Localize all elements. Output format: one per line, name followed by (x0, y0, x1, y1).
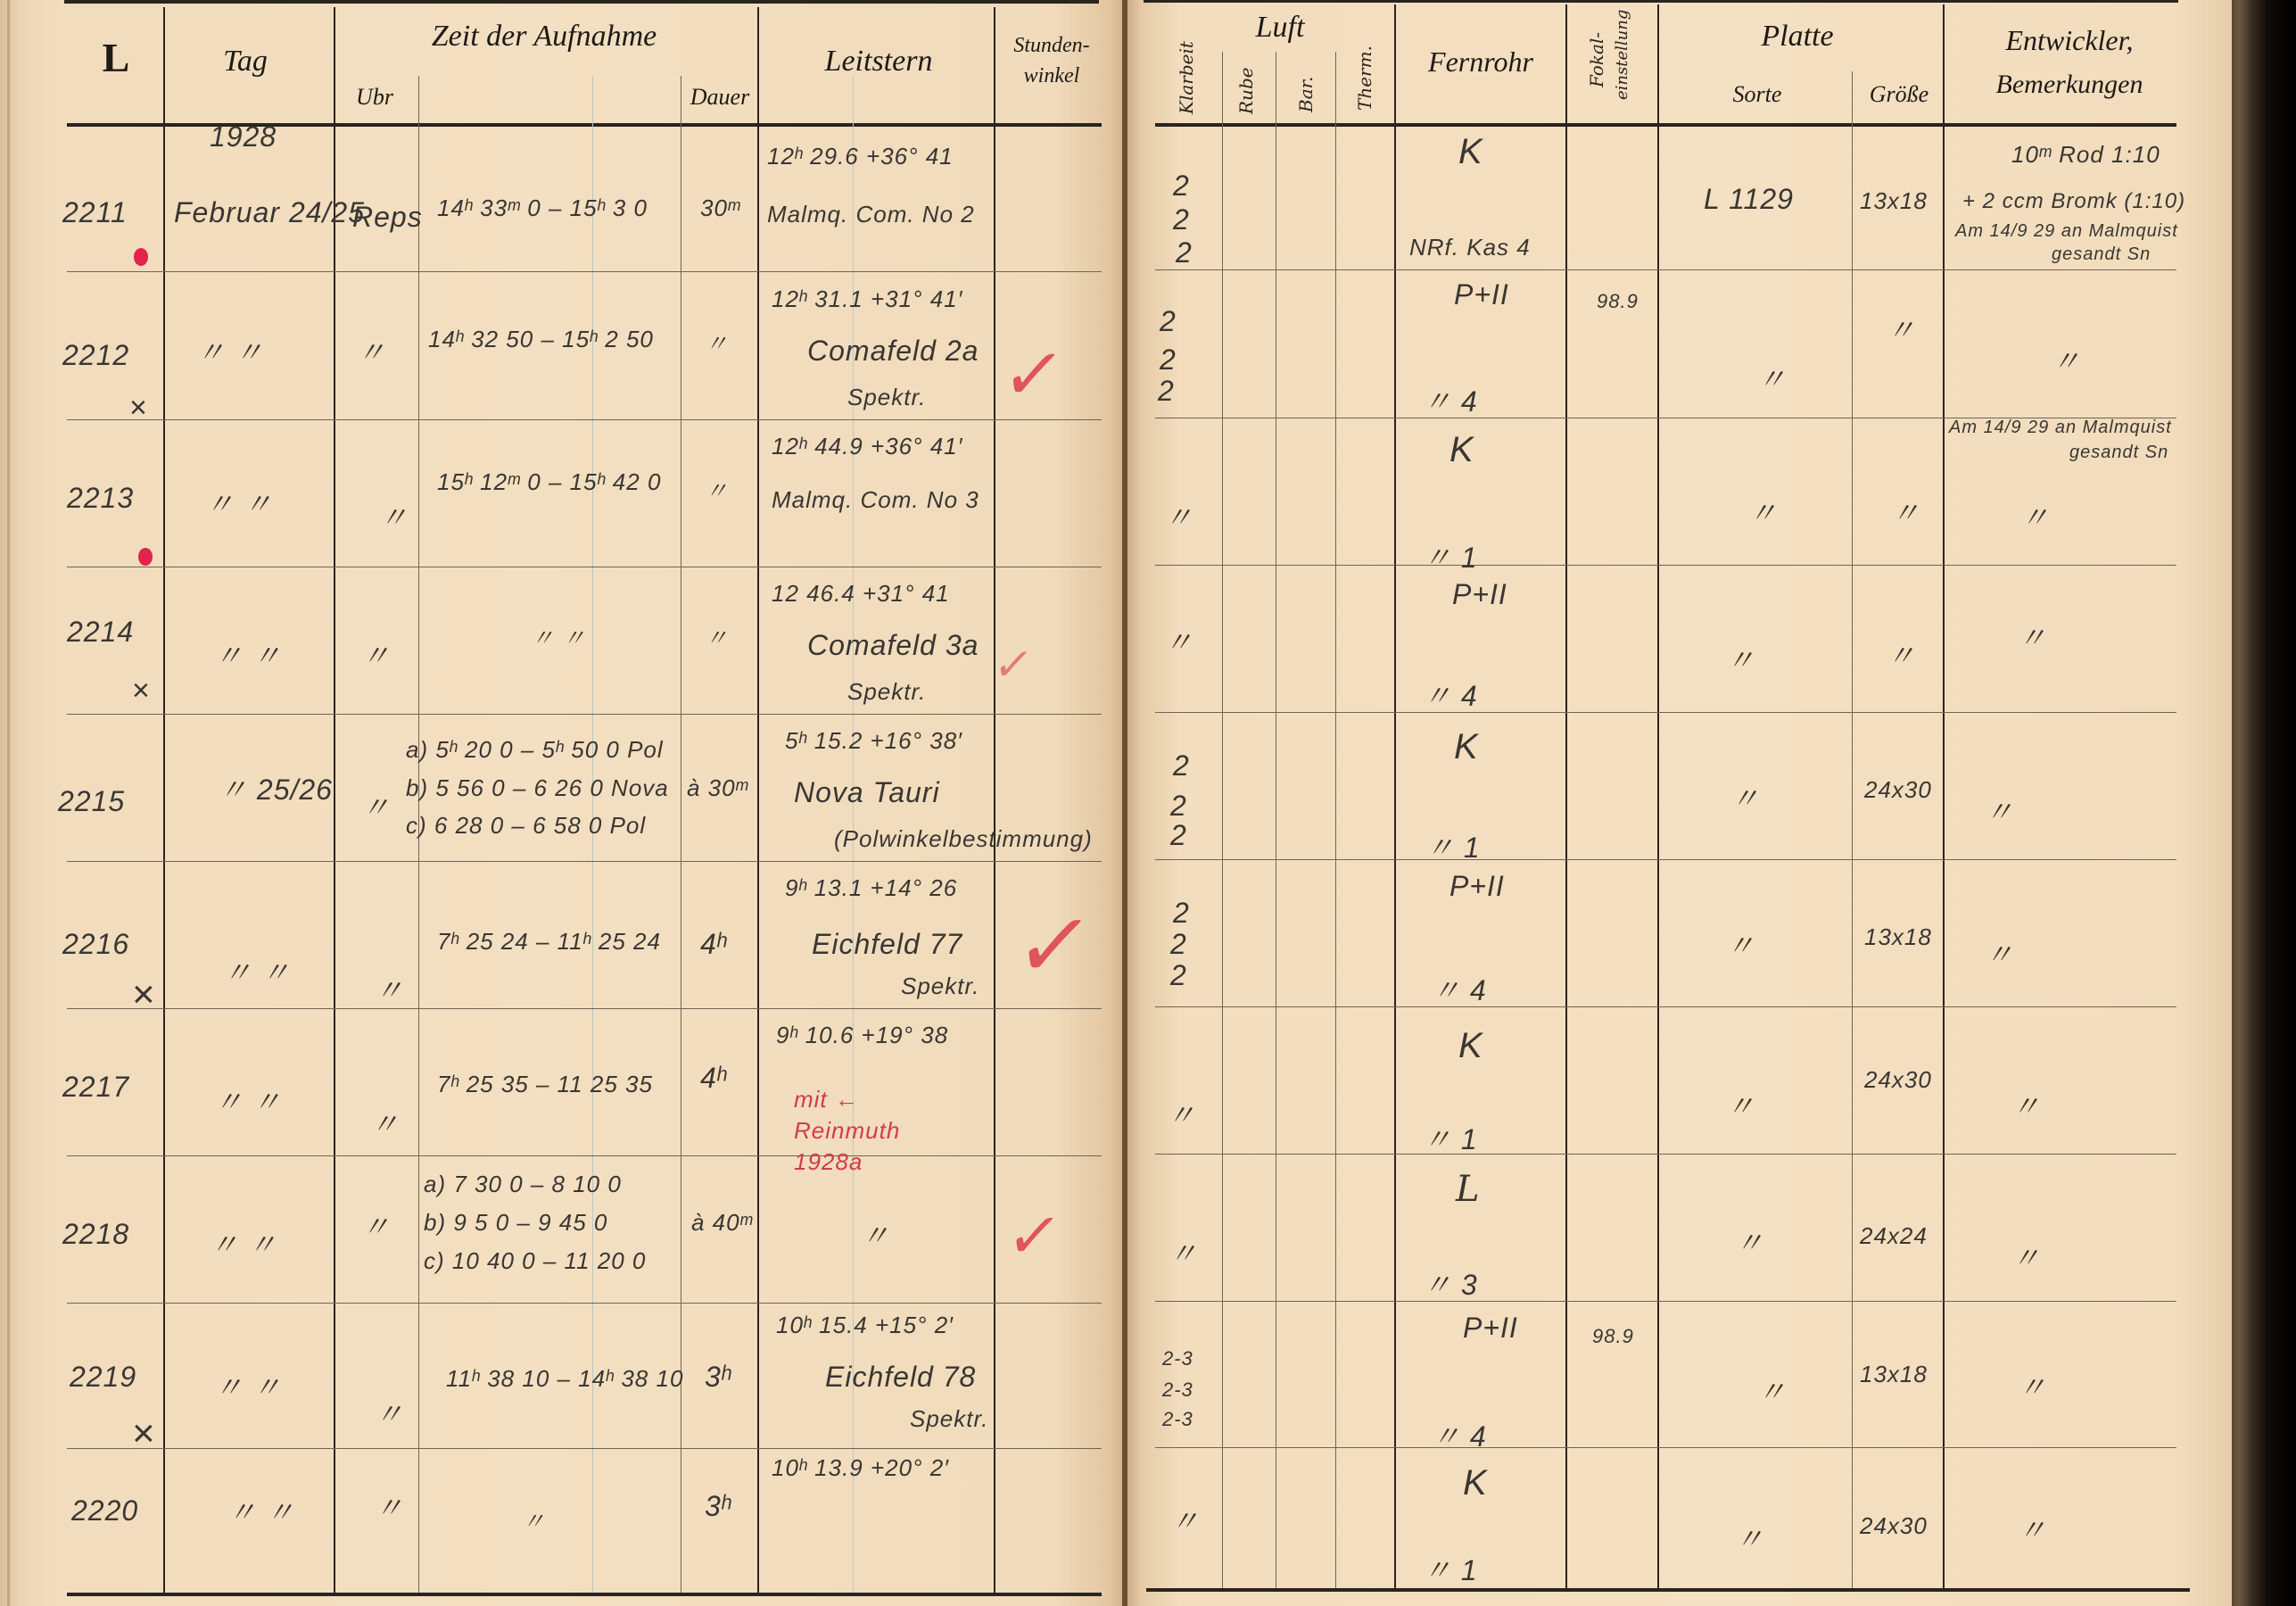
remark-line: Am 14/9 29 an Malmquist (1955, 221, 2178, 242)
header-dauer: Dauer (682, 85, 757, 111)
entry-date: 〃 〃 (223, 950, 291, 991)
x-mark: × (132, 1411, 155, 1456)
remark-line: 〃 (2018, 1365, 2047, 1406)
entry-ubr: 〃 (361, 1204, 391, 1246)
klarbeit-value: 2 (1170, 928, 1187, 961)
fernrohr-type: K (1463, 1463, 1488, 1503)
x-mark: × (132, 674, 150, 708)
klarbeit-value: 2 (1160, 344, 1177, 377)
header-fokal-1: Fokal- (1586, 32, 1607, 87)
klarbeit-value: 2 (1173, 170, 1190, 203)
entry-dauer: 4ʰ (700, 1062, 727, 1095)
entry-date: 〃 〃 (214, 1080, 282, 1121)
col-divider (334, 7, 335, 1594)
klarbeit-value: 〃 (1170, 1499, 1200, 1540)
fernrohr-type: K (1454, 727, 1479, 767)
entry-ubr: 〃 (361, 785, 391, 826)
leitstern-name: Nova Tauri (794, 776, 940, 809)
klarbeit-value: 〃 (1169, 1231, 1198, 1272)
remark-line: 〃 (2052, 339, 2081, 380)
header-stundenwinkel-1: Stunden- (995, 34, 1108, 57)
leitstern-extra: (Polwinkelbestimmung) (834, 825, 1093, 853)
row-separator (67, 1303, 1102, 1304)
row-separator (67, 861, 1102, 862)
row-separator (1155, 1006, 2176, 1007)
leitstern-coord: 5ʰ 15.2 +16° 38′ (785, 727, 962, 755)
fokal-value: 98.9 (1597, 290, 1639, 313)
header-stundenwinkel-2: winkel (995, 64, 1108, 87)
plate-sorte: 〃 (1726, 1084, 1755, 1125)
plate-size: 24x30 (1864, 776, 1932, 804)
book-spine (1122, 0, 1127, 1606)
fernrohr-detail: 〃 4 (1432, 1414, 1487, 1455)
entry-date: 〃 〃 (210, 1222, 277, 1263)
fernrohr-type: P+II (1452, 578, 1507, 611)
entry-dauer: 30ᵐ (700, 195, 740, 222)
entry-zeit: 7ʰ 25 24 – 11ʰ 25 24 (437, 928, 661, 956)
klarbeit-value: 2 (1158, 375, 1175, 408)
entry-number: 2213 (67, 482, 134, 515)
plate-sorte: L 1129 (1704, 183, 1794, 216)
klarbeit-value: 2-3 (1162, 1378, 1193, 1402)
entry-date: 〃 〃 (214, 633, 282, 675)
x-mark: × (132, 973, 155, 1017)
top-rule-left (64, 0, 1099, 4)
row-separator (1155, 1154, 2176, 1155)
plate-sorte: 〃 (1757, 357, 1787, 398)
fernrohr-detail: 〃 4 (1423, 379, 1478, 420)
entry-zeit: 14ʰ 32 50 – 15ʰ 2 50 (428, 326, 654, 353)
plate-sorte: 〃 (1730, 776, 1760, 817)
bottom-rule-left (67, 1593, 1102, 1596)
entry-zeit-b: b) 5 56 0 – 6 26 0 Nova (406, 774, 669, 802)
fernrohr-detail: 〃 1 (1423, 1548, 1478, 1589)
header-therm: Therm. (1354, 46, 1375, 111)
leitstern-name-red-note: mit ← Reinmuth 1928a (794, 1084, 972, 1178)
entry-date: 〃 25/26 (219, 767, 333, 808)
x-mark: × (129, 391, 147, 426)
entry-ubr: Reps (352, 201, 423, 234)
entry-date: Februar 24/25 (174, 196, 365, 229)
remark-line: + 2 ccm Bromk (1:10) (1962, 189, 2185, 214)
red-dot-marker (134, 248, 148, 266)
year-note: 1928 (210, 120, 277, 153)
row-separator (1155, 1301, 2176, 1302)
remark-line: 〃 (1985, 790, 2014, 831)
col-divider (757, 7, 759, 1594)
entry-ubr: 〃 (357, 330, 386, 371)
entry-dauer: 〃 (705, 473, 729, 506)
leitstern-extra: Spektr. (847, 384, 926, 411)
fernrohr-detail: 〃 4 (1423, 674, 1478, 715)
leitstern-coord: 10ʰ 13.9 +20° 2′ (772, 1454, 949, 1482)
fernrohr-detail: 〃 3 (1423, 1262, 1478, 1304)
remark-line: 〃 (2020, 495, 2050, 536)
entry-zeit: 〃 〃 (531, 620, 586, 653)
entry-dauer: à 40ᵐ (691, 1209, 753, 1237)
remark-line: 〃 (2011, 1236, 2041, 1277)
row-separator (1155, 712, 2176, 713)
entry-number: 2217 (62, 1071, 129, 1104)
entry-zeit: 7ʰ 25 35 – 11 25 35 (437, 1071, 653, 1098)
entry-number: 2212 (62, 339, 129, 372)
leitstern-name: Comafeld 3a (807, 629, 979, 662)
col-divider (163, 7, 165, 1594)
entry-ubr: 〃 (361, 633, 391, 675)
klarbeit-value: 2 (1176, 236, 1193, 269)
fernrohr-type: K (1458, 132, 1483, 172)
entry-number: 2211 (62, 196, 128, 229)
klarbeit-value: 2 (1173, 897, 1190, 930)
entry-zeit: 11ʰ 38 10 – 14ʰ 38 10 (446, 1365, 683, 1393)
plate-size: 24x30 (1864, 1066, 1932, 1094)
remark-line: 〃 (2018, 616, 2047, 657)
header-fernrohr: Fernrohr (1409, 46, 1552, 78)
col-divider (1394, 4, 1396, 1588)
col-divider (1943, 4, 1945, 1588)
fernrohr-type: K (1458, 1026, 1483, 1066)
entry-ubr: 〃 (370, 1102, 400, 1143)
entry-number: 2214 (67, 616, 134, 649)
row-separator (67, 419, 1102, 420)
plate-sorte: 〃 (1726, 923, 1755, 964)
top-rule-right (1144, 0, 2178, 3)
fernrohr-type: L (1456, 1169, 1481, 1210)
fernrohr-detail: 〃 1 (1423, 1117, 1478, 1158)
plate-size: 13x18 (1860, 187, 1928, 215)
entry-date: 〃 〃 (214, 1365, 282, 1406)
remark-line: 〃 (2011, 1084, 2041, 1125)
entry-ubr: 〃 (375, 968, 404, 1009)
plate-sorte: 〃 (1726, 638, 1755, 679)
entry-dauer: 〃 (705, 620, 729, 653)
fernrohr-type: P+II (1463, 1312, 1518, 1345)
header-fokal-2: einstellung (1613, 10, 1631, 100)
bottom-rule-right (1146, 1588, 2190, 1592)
klarbeit-value: 2 (1170, 959, 1187, 992)
entry-date: 〃 〃 (205, 482, 273, 523)
entry-number: 2216 (62, 928, 129, 961)
plate-sorte: 〃 (1757, 1370, 1787, 1411)
fernrohr-type: K (1449, 430, 1474, 470)
klarbeit-value: 2 (1170, 790, 1187, 823)
leitstern-coord: 9ʰ 10.6 +19° 38 (776, 1022, 948, 1049)
klarbeit-value: 〃 (1164, 495, 1193, 536)
header-entwickler: Entwickler, (1962, 25, 2176, 56)
row-separator (67, 1448, 1102, 1449)
plate-size: 13x18 (1860, 1361, 1928, 1388)
col-divider (1852, 71, 1853, 1588)
remark-line: Am 14/9 29 an Malmquist (1949, 418, 2172, 438)
header-ruhe: Rube (1235, 67, 1257, 114)
plate-sorte: 〃 (1748, 491, 1778, 532)
entry-zeit-c: c) 10 40 0 – 11 20 0 (424, 1247, 646, 1275)
klarbeit-value: 2 (1160, 305, 1177, 338)
entry-zeit: 15ʰ 12ᵐ 0 – 15ʰ 42 0 (437, 468, 661, 496)
red-checkmark: ✓ (991, 642, 1037, 687)
entry-zeit: 14ʰ 33ᵐ 0 – 15ʰ 3 0 (437, 195, 648, 222)
fernrohr-detail: 〃 4 (1432, 968, 1487, 1009)
entry-ubr: 〃 (375, 1486, 404, 1527)
leitstern-extra: Spektr. (910, 1405, 988, 1433)
leitstern-name: 〃 (861, 1213, 890, 1254)
entry-dauer: 3ʰ (705, 1361, 731, 1394)
entry-date: 〃 〃 (227, 1490, 295, 1531)
red-checkmark: ✓ (1003, 1204, 1066, 1267)
header-platte: Platte (1722, 20, 1873, 53)
fernrohr-type: P+II (1449, 870, 1505, 903)
leitstern-coord: 9ʰ 13.1 +14° 26 (785, 874, 957, 902)
header-luft: Luft (1222, 11, 1338, 44)
col-divider (994, 7, 995, 1594)
col-divider (1276, 52, 1276, 1588)
entry-ubr: 〃 (379, 495, 409, 536)
header-ubr: Ubr (348, 85, 401, 111)
entry-dauer: 4ʰ (700, 928, 727, 961)
leitstern-coord: 12ʰ 44.9 +36° 41′ (772, 433, 963, 460)
red-dot-marker (138, 548, 153, 566)
remark-line: 〃 (1985, 932, 2014, 973)
klarbeit-value: 2-3 (1162, 1408, 1193, 1431)
leitstern-name: Malmq. Com. No 2 (767, 201, 975, 228)
entry-zeit-b: b) 9 5 0 – 9 45 0 (424, 1209, 607, 1237)
header-bar: Bar. (1295, 77, 1317, 112)
book-cover-edge (2232, 0, 2296, 1606)
row-separator (67, 271, 1102, 272)
page-edge (7, 0, 10, 1606)
header-tag: Tag (192, 45, 299, 78)
col-divider (1222, 52, 1223, 1588)
entry-dauer: 3ʰ (705, 1490, 731, 1523)
col-divider (1335, 52, 1336, 1588)
leitstern-name: Eichfeld 77 (812, 928, 962, 961)
remark-line: gesandt Sn (2052, 244, 2151, 265)
header-L: L (89, 36, 143, 81)
fernrohr-detail: 〃 1 (1425, 825, 1481, 866)
entry-zeit: 〃 (522, 1503, 546, 1536)
remark-line: 〃 (2018, 1508, 2047, 1549)
entry-number: 2218 (62, 1218, 129, 1251)
klarbeit-value: 2 (1173, 203, 1190, 236)
entry-number: 2215 (58, 785, 125, 818)
klarbeit-value: 〃 (1164, 620, 1193, 661)
leitstern-coord: 10ʰ 15.4 +15° 2′ (776, 1312, 954, 1339)
leitstern-extra: Spektr. (847, 678, 926, 706)
fernrohr-detail: NRf. Kas 4 (1409, 234, 1531, 261)
remark-line: gesandt Sn (2069, 443, 2168, 463)
fernrohr-detail: 〃 1 (1423, 535, 1478, 576)
fokal-value: 98.9 (1592, 1325, 1634, 1348)
entry-zeit-a: a) 7 30 0 – 8 10 0 (424, 1171, 622, 1198)
entry-ubr: 〃 (375, 1392, 404, 1433)
col-divider (1565, 4, 1567, 1588)
plate-size: 〃 (1887, 308, 1916, 349)
header-leitstern: Leitstern (785, 45, 972, 78)
klarbeit-value: 2 (1173, 749, 1190, 782)
leitstern-name: Malmq. Com. No 3 (772, 486, 979, 514)
header-rule-right (1155, 123, 2176, 127)
header-sorte: Sorte (1713, 82, 1802, 108)
klarbeit-value: 2-3 (1162, 1347, 1193, 1370)
col-divider (1657, 4, 1659, 1588)
leitstern-coord: 12 46.4 +31° 41 (772, 580, 950, 608)
plate-size: 24x24 (1860, 1222, 1928, 1250)
leitstern-name: Comafeld 2a (807, 335, 979, 368)
header-groesse: Größe (1855, 82, 1943, 108)
plate-size: 24x30 (1860, 1512, 1928, 1540)
entry-dauer: 〃 (705, 326, 729, 359)
plate-sorte: 〃 (1735, 1221, 1764, 1262)
klarbeit-value: 2 (1170, 819, 1187, 852)
row-separator (67, 567, 1102, 567)
plate-sorte: 〃 (1735, 1517, 1764, 1558)
red-checkmark: ✓ (997, 339, 1070, 410)
row-separator (1155, 269, 2176, 270)
red-checkmark: ✓ (1009, 901, 1099, 990)
row-separator (1155, 1447, 2176, 1448)
plate-size: 13x18 (1864, 923, 1932, 951)
klarbeit-value: 〃 (1167, 1093, 1196, 1134)
plate-size: 〃 (1891, 491, 1920, 532)
entry-dauer: à 30ᵐ (687, 774, 748, 802)
header-klarbeit: Klarbeit (1176, 41, 1197, 114)
leitstern-coord: 12ʰ 31.1 +31° 41′ (772, 286, 963, 313)
leitstern-coord: 12ʰ 29.6 +36° 41 (767, 143, 954, 170)
entry-zeit-c: c) 6 28 0 – 6 58 0 Pol (406, 812, 646, 840)
leitstern-name: Eichfeld 78 (825, 1361, 976, 1394)
header-bemerkungen: Bemerkungen (1962, 70, 2176, 99)
row-separator (1155, 565, 2176, 566)
row-separator (1155, 859, 2176, 860)
plate-size: 〃 (1887, 633, 1916, 675)
leitstern-extra: Spektr. (901, 973, 979, 1000)
fernrohr-type: P+II (1454, 278, 1509, 311)
entry-number: 2220 (71, 1494, 138, 1527)
entry-zeit-a: a) 5ʰ 20 0 – 5ʰ 50 0 Pol (406, 736, 664, 764)
remark-line: 10ᵐ Rod 1:10 (2011, 141, 2160, 169)
row-separator (67, 1008, 1102, 1009)
entry-number: 2219 (70, 1361, 136, 1394)
entry-date: 〃 〃 (196, 330, 264, 371)
header-zeit-der-aufnahme: Zeit der Aufnahme (384, 20, 705, 53)
row-separator (67, 714, 1102, 715)
